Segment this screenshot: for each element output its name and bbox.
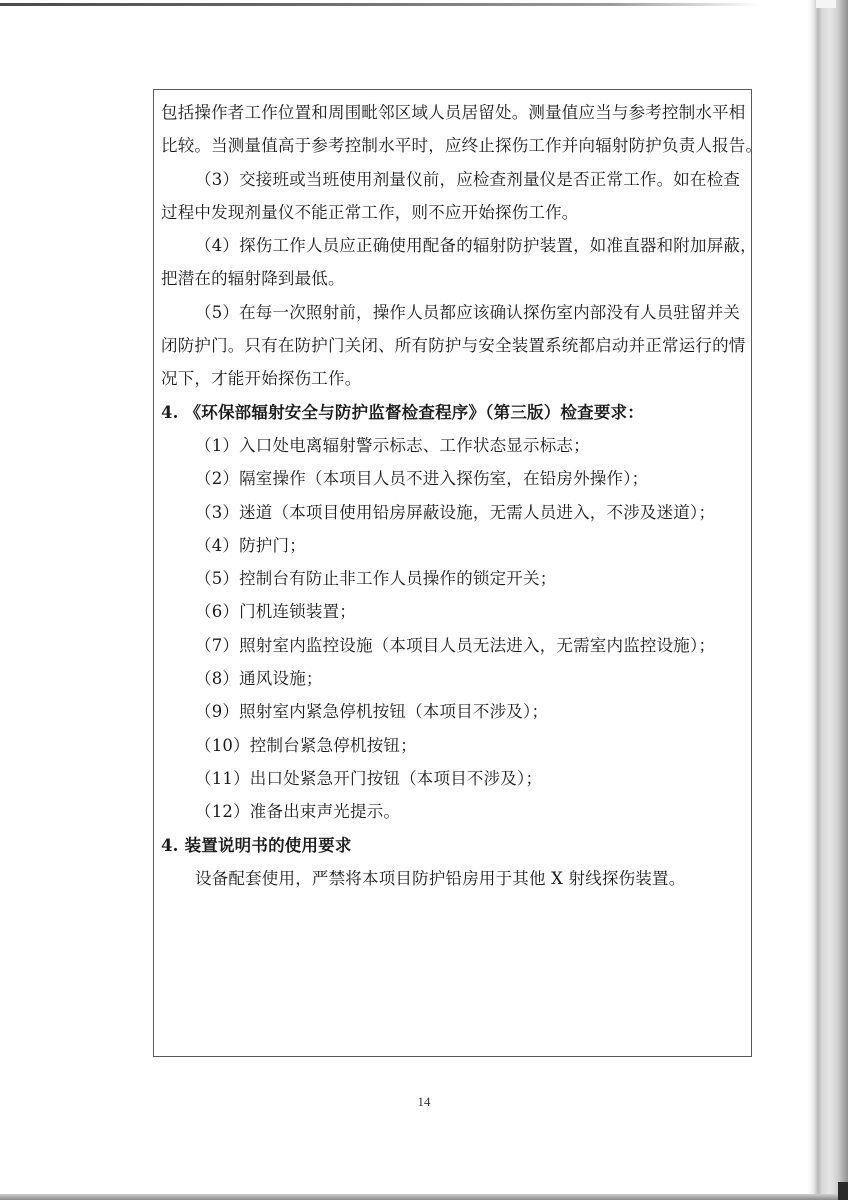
- section-heading: 4. 装置说明书的使用要求: [161, 829, 741, 862]
- content-frame: 包括操作者工作位置和周围毗邻区域人员居留处。测量值应当与参考控制水平相 比较。当…: [153, 89, 752, 1057]
- checklist-item: （9）照射室内紧急停机按钮（本项目不涉及）；: [161, 695, 741, 728]
- scan-binding-edge: [808, 0, 848, 1200]
- section-inspection-requirements: 4. 《环保部辐射安全与防护监督检查程序》（第三版）检查要求： （1）入口处电离…: [161, 396, 741, 829]
- checklist-item: （7）照射室内监控设施（本项目人员无法进入，无需室内监控设施）；: [161, 629, 741, 662]
- text-line: 闭防护门。只有在防护门关闭、所有防护与安全装置系统都启动并正常运行的情: [161, 329, 741, 362]
- text-line: （3）交接班或当班使用剂量仪前，应检查剂量仪是否正常工作。如在检查: [161, 163, 741, 196]
- checklist-item: （4）防护门；: [161, 529, 741, 562]
- text-line: （5）在每一次照射前，操作人员都应该确认探伤室内部没有人员驻留并关: [161, 296, 741, 329]
- paragraph-item-4: （4）探伤工作人员应正确使用配备的辐射防护装置，如准直器和附加屏蔽， 把潜在的辐…: [161, 229, 741, 296]
- section-manual-requirements: 4. 装置说明书的使用要求 设备配套使用，严禁将本项目防护铅房用于其他 X 射线…: [161, 829, 741, 896]
- paragraph-item-3: （3）交接班或当班使用剂量仪前，应检查剂量仪是否正常工作。如在检查 过程中发现剂…: [161, 163, 741, 230]
- text-line: 比较。当测量值高于参考控制水平时，应终止探伤工作并向辐射防护负责人报告。: [161, 129, 741, 162]
- text-line: 过程中发现剂量仪不能正常工作，则不应开始探伤工作。: [161, 196, 741, 229]
- checklist-item: （11）出口处紧急开门按钮（本项目不涉及）；: [161, 762, 741, 795]
- checklist-item: （10）控制台紧急停机按钮；: [161, 729, 741, 762]
- section-body: 设备配套使用，严禁将本项目防护铅房用于其他 X 射线探伤装置。: [161, 862, 741, 895]
- checklist-item: （12）准备出束声光提示。: [161, 795, 741, 828]
- checklist-item: （5）控制台有防止非工作人员操作的锁定开关；: [161, 562, 741, 595]
- scan-binding-top: [816, 0, 836, 8]
- section-heading: 4. 《环保部辐射安全与防护监督检查程序》（第三版）检查要求：: [161, 396, 741, 429]
- scan-top-edge: [0, 3, 760, 6]
- checklist-item: （8）通风设施；: [161, 662, 741, 695]
- scan-bottom-corner: [838, 1182, 848, 1200]
- paragraph-continuation: 包括操作者工作位置和周围毗邻区域人员居留处。测量值应当与参考控制水平相 比较。当…: [161, 96, 741, 163]
- scan-bottom-edge: [0, 1194, 848, 1200]
- text-line: 把潜在的辐射降到最低。: [161, 262, 741, 295]
- checklist-item: （2）隔室操作（本项目人员不进入探伤室，在铅房外操作）；: [161, 462, 741, 495]
- text-line: 况下，才能开始探伤工作。: [161, 362, 741, 395]
- checklist-item: （6）门机连锁装置；: [161, 595, 741, 628]
- checklist-item: （3）迷道（本项目使用铅房屏蔽设施，无需人员进入，不涉及迷道）；: [161, 496, 741, 529]
- text-line: （4）探伤工作人员应正确使用配备的辐射防护装置，如准直器和附加屏蔽，: [161, 229, 741, 262]
- text-line: 包括操作者工作位置和周围毗邻区域人员居留处。测量值应当与参考控制水平相: [161, 96, 741, 129]
- paragraph-item-5: （5）在每一次照射前，操作人员都应该确认探伤室内部没有人员驻留并关 闭防护门。只…: [161, 296, 741, 396]
- page-number: 14: [0, 1094, 848, 1110]
- checklist-item: （1）入口处电离辐射警示标志、工作状态显示标志；: [161, 429, 741, 462]
